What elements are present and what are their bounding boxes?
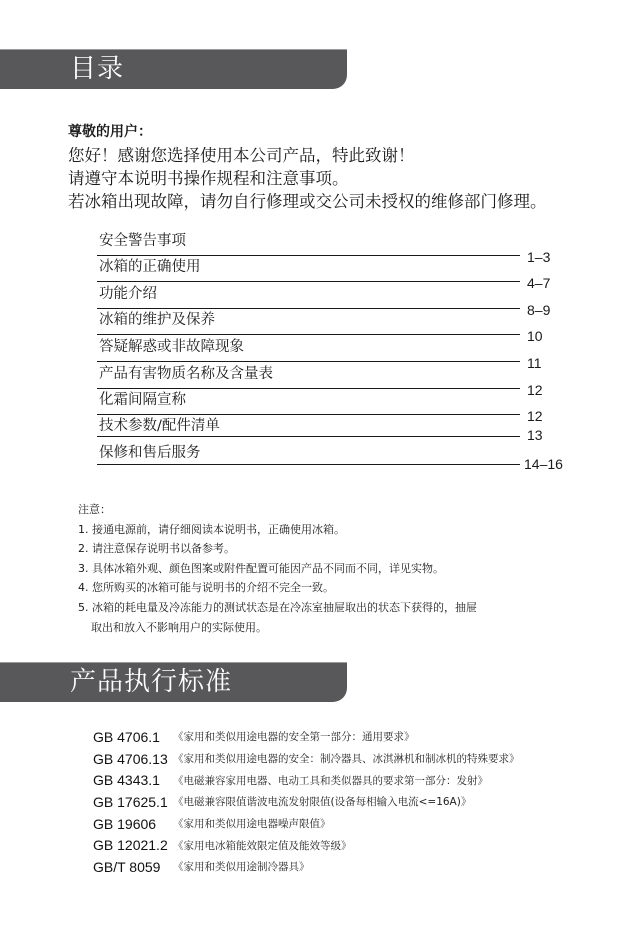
standard-item: GB/T 8059《家用和类似用途制冷器具》 <box>93 856 520 878</box>
toc-entry[interactable]: 安全警告事项1–3 <box>97 229 577 256</box>
standard-item: GB 4706.13《家用和类似用途电器的安全：制冷器具、冰淇淋机和制冰机的特殊… <box>93 748 520 770</box>
note-item: 1. 接通电源前，请仔细阅读本说明书，正确使用冰箱。 <box>78 520 477 540</box>
standard-code: GB/T 8059 <box>93 859 173 875</box>
toc-entry-label: 化霜间隔宣称 <box>99 391 186 409</box>
standard-title: 《电磁兼容家用电器、电动工具和类似器具的要求第一部分：发射》 <box>173 773 488 788</box>
standard-code: GB 4343.1 <box>93 772 173 788</box>
standard-code: GB 17625.1 <box>93 794 173 810</box>
standard-item: GB 17625.1《电磁兼容限值谐波电流发射限值(设备每相输入电流<=16A)… <box>93 791 520 813</box>
toc-entry[interactable]: 化霜间隔宣称12 <box>97 389 577 416</box>
standard-title: 《家用和类似用途电器的安全第一部分：通用要求》 <box>173 729 415 744</box>
note-item: 5. 冰箱的耗电量及冷冻能力的测试状态是在冷冻室抽屉取出的状态下获得的，抽屉 <box>78 598 477 618</box>
note-item: 3. 具体冰箱外观、颜色图案或附件配置可能因产品不同而不同，详见实物。 <box>78 559 477 579</box>
toc-entry[interactable]: 产品有害物质名称及含量表12 <box>97 362 577 389</box>
toc-entry-label: 答疑解惑或非故障现象 <box>99 338 244 356</box>
standard-code: GB 12021.2 <box>93 837 173 853</box>
salutation: 尊敬的用户： <box>68 120 547 144</box>
toc-entry-label: 技术参数/配件清单 <box>99 417 220 435</box>
greeting-line: 请遵守本说明书操作规程和注意事项。 <box>68 167 547 190</box>
standards-list: GB 4706.1《家用和类似用途电器的安全第一部分：通用要求》 GB 4706… <box>93 726 520 878</box>
standard-code: GB 19606 <box>93 816 173 832</box>
standard-title: 《家用电冰箱能效限定值及能效等级》 <box>173 838 352 853</box>
greeting-line: 您好！感谢您选择使用本公司产品，特此致谢！ <box>68 144 547 167</box>
standard-title: 《电磁兼容限值谐波电流发射限值(设备每相输入电流<=16A)》 <box>173 794 471 809</box>
greeting-block: 尊敬的用户： 您好！感谢您选择使用本公司产品，特此致谢！ 请遵守本说明书操作规程… <box>68 120 547 213</box>
standard-title: 《家用和类似用途电器噪声限值》 <box>173 816 331 831</box>
standards-header-title: 产品执行标准 <box>70 665 232 699</box>
toc-header-bar: 目录 <box>0 49 347 89</box>
toc-entry-label: 冰箱的正确使用 <box>99 258 201 276</box>
toc-entry-page: 14–16 <box>524 456 563 472</box>
toc-entry-label: 产品有害物质名称及含量表 <box>99 365 273 383</box>
notes-title: 注意： <box>78 500 477 520</box>
toc-entry[interactable]: 答疑解惑或非故障现象11 <box>97 335 577 362</box>
standard-item: GB 4706.1《家用和类似用途电器的安全第一部分：通用要求》 <box>93 726 520 748</box>
table-of-contents: 安全警告事项1–3 冰箱的正确使用4–7 功能介绍8–9 冰箱的维护及保养10 … <box>97 229 577 465</box>
standards-header-bar: 产品执行标准 <box>0 662 347 702</box>
note-item: 4. 您所购买的冰箱可能与说明书的介绍不完全一致。 <box>78 578 477 598</box>
standard-code: GB 4706.13 <box>93 751 173 767</box>
standard-item: GB 12021.2《家用电冰箱能效限定值及能效等级》 <box>93 834 520 856</box>
greeting-line: 若冰箱出现故障，请勿自行修理或交公司未授权的维修部门修理。 <box>68 190 547 213</box>
standard-item: GB 19606《家用和类似用途电器噪声限值》 <box>93 813 520 835</box>
standard-title: 《家用和类似用途制冷器具》 <box>173 859 310 874</box>
toc-entry-label: 冰箱的维护及保养 <box>99 311 215 329</box>
standard-title: 《家用和类似用途电器的安全：制冷器具、冰淇淋机和制冰机的特殊要求》 <box>173 751 520 766</box>
standard-code: GB 4706.1 <box>93 729 173 745</box>
note-item: 2. 请注意保存说明书以备参考。 <box>78 539 477 559</box>
toc-entry[interactable]: 冰箱的维护及保养10 <box>97 309 577 336</box>
notes-block: 注意： 1. 接通电源前，请仔细阅读本说明书，正确使用冰箱。 2. 请注意保存说… <box>78 500 477 637</box>
standard-item: GB 4343.1《电磁兼容家用电器、电动工具和类似器具的要求第一部分：发射》 <box>93 769 520 791</box>
toc-entry[interactable]: 保修和售后服务14–16 <box>97 437 577 465</box>
toc-header-title: 目录 <box>70 52 124 86</box>
leader-line <box>97 464 520 465</box>
toc-entry-label: 安全警告事项 <box>99 232 186 250</box>
toc-entry-label: 保修和售后服务 <box>99 444 201 462</box>
toc-entry[interactable]: 冰箱的正确使用4–7 <box>97 256 577 283</box>
toc-entry[interactable]: 功能介绍8–9 <box>97 282 577 309</box>
toc-entry[interactable]: 技术参数/配件清单13 <box>97 415 577 437</box>
toc-entry-label: 功能介绍 <box>99 285 157 303</box>
note-item-continuation: 取出和放入不影响用户的实际使用。 <box>78 618 477 638</box>
